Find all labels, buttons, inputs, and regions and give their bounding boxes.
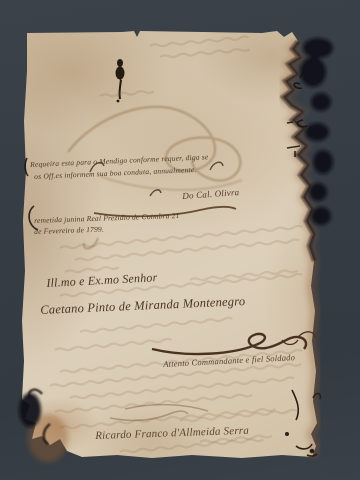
manuscript-photo: Requeira esta para o Mendigo conforme re… — [0, 0, 360, 480]
manuscript-paper — [22, 31, 328, 459]
